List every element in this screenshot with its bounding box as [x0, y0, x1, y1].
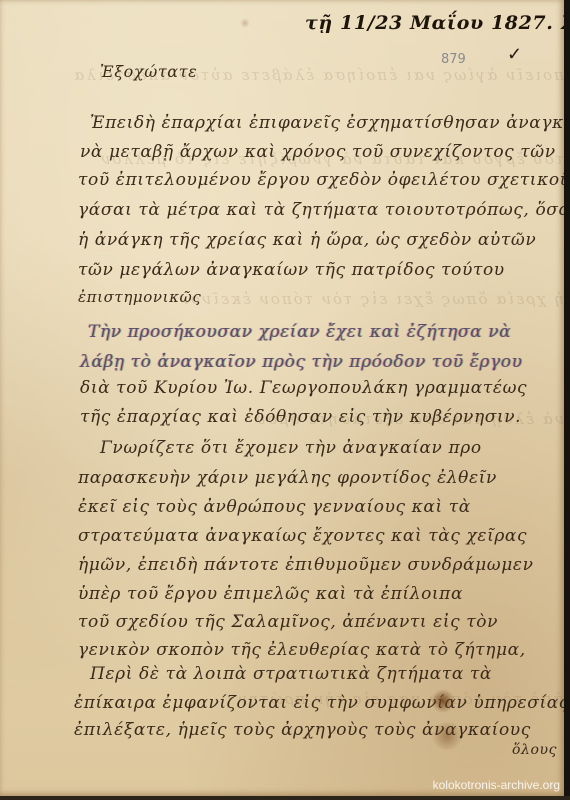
- text-line: τοῦ ἐπιτελουμένου ἔργου σχεδὸν ὀφειλέτου…: [78, 170, 570, 190]
- text-line: ἐκεῖ εἰς τοὺς ἀνθρώπους γενναίους καὶ τὰ: [78, 497, 471, 517]
- watermark: kolokotronis-archive.org: [433, 778, 560, 792]
- ink-stain: [240, 18, 250, 28]
- text-line: παρασκευὴν χάριν μεγάλης φροντίδος ἐλθεῖ…: [78, 468, 497, 488]
- text-line: λάβῃ τὸ ἀναγκαῖον πρὸς τὴν πρόοδον τοῦ ἔ…: [80, 352, 523, 372]
- salutation: Ἐξοχώτατε: [100, 62, 197, 81]
- scan-edge-right: [564, 0, 570, 800]
- ink-stain: [430, 722, 464, 750]
- text-line: ἡμῶν, ἐπειδὴ πάντοτε ἐπιθυμοῦμεν συνδράμ…: [78, 555, 534, 575]
- text-line: Περὶ δὲ τὰ λοιπὰ στρατιωτικὰ ζητήματα τὰ: [90, 664, 492, 684]
- bleed-through-text: ποιεῖν ἁγίως ναι ἐποίησα ἐλάβετε αὐτόν ἀ…: [0, 66, 564, 84]
- text-line: διὰ τοῦ Κυρίου Ἰω. Γεωργοπουλάκη γραμματ…: [80, 378, 527, 398]
- text-line: τοῦ σχεδίου τῆς Σαλαμῖνος, ἀπέναντι εἰς …: [78, 612, 498, 632]
- text-line: ἐπιστημονικῶς: [78, 288, 201, 306]
- text-line: τῆς ἐπαρχίας καὶ ἐδόθησαν εἰς τὴν κυβέρν…: [80, 407, 521, 427]
- text-line: γενικὸν σκοπὸν τῆς ἐλευθερίας κατὰ τὸ ζή…: [78, 640, 526, 660]
- scan-edge-bottom: [0, 796, 570, 800]
- date-line: τῇ 11/23 Μαΐου 1827. Σαλαμίς: [305, 12, 570, 34]
- text-line: νὰ μεταβῇ ἄρχων καὶ χρόνος τοῦ συνεχίζον…: [80, 142, 556, 162]
- ink-stain: [432, 688, 454, 714]
- text-line: ὑπὲρ τοῦ ἔργου ἐπιμελῶς καὶ τὰ ἐπίλοιπα: [78, 584, 463, 604]
- text-line: ὅλους: [512, 742, 557, 758]
- text-line: Τὴν προσήκουσαν χρείαν ἔχει καὶ ἐζήτησα …: [88, 322, 511, 342]
- archive-number: 879: [441, 52, 466, 67]
- text-line: γάσαι τὰ μέτρα καὶ τὰ ζητήματα τοιουτοτρ…: [78, 200, 570, 220]
- manuscript-page: ποιεῖν ἁγίως ναι ἐποίησα ἐλάβετε αὐτόν ἀ…: [0, 0, 564, 796]
- text-line: ἡ ἀνάγκη τῆς χρείας καὶ ἡ ὥρα, ὡς σχεδὸν…: [78, 230, 536, 250]
- text-line: στρατεύματα ἀναγκαίως ἔχοντες καὶ τὰς χε…: [78, 526, 527, 546]
- text-line: τῶν μεγάλων ἀναγκαίων τῆς πατρίδος τούτο…: [78, 260, 505, 280]
- text-line: Ἐπειδὴ ἐπαρχίαι ἐπιφανεῖς ἐσχηματίσθησαν…: [90, 113, 570, 133]
- text-line: ἐπίκαιρα ἐμφανίζονται εἰς τὴν συμφωνίαν …: [74, 693, 569, 713]
- text-line: Γνωρίζετε ὅτι ἔχομεν τὴν ἀναγκαίαν προ: [100, 438, 482, 458]
- check-mark-icon: ✓: [507, 44, 522, 65]
